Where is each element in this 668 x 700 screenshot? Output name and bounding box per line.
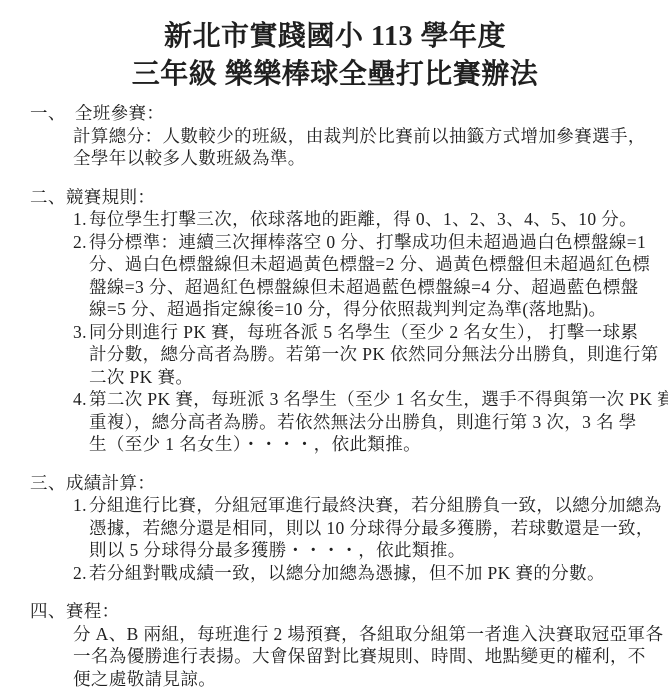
section-body: 1. 分組進行比賽，分組冠軍進行最終決賽，若分組勝負一致，以總分加總為 憑據，若… <box>73 494 640 584</box>
paragraph-line: 一名為優勝進行表揚。大會保留對比賽規則、時間、地點變更的權利，不 <box>73 645 640 668</box>
section-body: 1. 每位學生打擊三次，依球落地的距離，得 0、1、2、3、4、5、10 分。 … <box>73 208 640 456</box>
list-item-line: 得分標準：連續三次揮棒落空 0 分、打擊成功但未超過過白色標盤線=1 <box>89 231 640 254</box>
list-item-line: 生（至少 1 名女生）・・・・，依此類推。 <box>89 433 640 456</box>
list-item: 2. 得分標準：連續三次揮棒落空 0 分、打擊成功但未超過過白色標盤線=1 分、… <box>73 231 640 321</box>
section-heading: 四、 賽程： <box>30 600 640 623</box>
section-number: 二、 <box>30 186 66 209</box>
list-item: 2. 若分組對戰成績一致，以總分加總為憑據，但不加 PK 賽的分數。 <box>73 562 640 585</box>
list-item-number: 1. <box>73 208 87 231</box>
document-title-line-1: 新北市實踐國小 113 學年度 <box>30 18 640 56</box>
list-item-line: 計分數，總分高者為勝。若第一次 PK 依然同分無法分出勝負，則進行第 <box>89 343 640 366</box>
section-number: 一、 <box>30 102 66 125</box>
section-heading-text: 競賽規則： <box>66 186 156 209</box>
list-item-number: 2. <box>73 562 87 585</box>
list-item-lines: 第二次 PK 賽，每班派 3 名學生（至少 1 名女生，選手不得與第一次 PK … <box>89 388 640 456</box>
section-whole-class-participation: 一、 全班參賽： 計算總分：人數較少的班級，由裁判於比賽前以抽籤方式增加參賽選手… <box>30 102 640 170</box>
section-heading-text: 成績計算： <box>66 472 156 495</box>
list-item-line: 分組進行比賽，分組冠軍進行最終決賽，若分組勝負一致，以總分加總為 <box>89 494 640 517</box>
paragraph-line: 計算總分：人數較少的班級，由裁判於比賽前以抽籤方式增加參賽選手， <box>73 125 640 148</box>
list-item-number: 1. <box>73 494 87 517</box>
section-body: 分 A、B 兩組，每班進行 2 場預賽，各組取分組第一者進入決賽取冠亞軍各 一名… <box>73 623 640 691</box>
list-item-line: 憑據，若總分還是相同，則以 10 分球得分最多獲勝，若球數還是一致， <box>89 517 640 540</box>
list-item-lines: 得分標準：連續三次揮棒落空 0 分、打擊成功但未超過過白色標盤線=1 分、過白色… <box>89 231 640 321</box>
list-item-lines: 同分則進行 PK 賽，每班各派 5 名學生（至少 2 名女生）， 打擊一球累 計… <box>89 321 640 389</box>
list-item-number: 4. <box>73 388 87 411</box>
paragraph-line: 分 A、B 兩組，每班進行 2 場預賽，各組取分組第一者進入決賽取冠亞軍各 <box>73 623 640 646</box>
section-heading: 二、 競賽規則： <box>30 186 640 209</box>
list-item-lines: 每位學生打擊三次，依球落地的距離，得 0、1、2、3、4、5、10 分。 <box>89 208 637 231</box>
document-page: 新北市實踐國小 113 學年度 三年級 樂樂棒球全壘打比賽辦法 一、 全班參賽：… <box>0 0 668 700</box>
section-body: 計算總分：人數較少的班級，由裁判於比賽前以抽籤方式增加參賽選手， 全學年以較多人… <box>73 125 640 170</box>
section-heading: 三、 成績計算： <box>30 472 640 495</box>
section-score-calculation: 三、 成績計算： 1. 分組進行比賽，分組冠軍進行最終決賽，若分組勝負一致，以總… <box>30 472 640 585</box>
list-item: 1. 分組進行比賽，分組冠軍進行最終決賽，若分組勝負一致，以總分加總為 憑據，若… <box>73 494 640 562</box>
list-item-number: 3. <box>73 321 87 344</box>
document-title-line-2: 三年級 樂樂棒球全壘打比賽辦法 <box>30 56 640 94</box>
paragraph-line: 便之處敬請見諒。 <box>73 668 640 691</box>
list-item-line: 分、過白色標盤線但未超過黃色標盤=2 分、過黃色標盤但未超過紅色標 <box>89 253 640 276</box>
list-item: 1. 每位學生打擊三次，依球落地的距離，得 0、1、2、3、4、5、10 分。 <box>73 208 640 231</box>
section-heading-text: 賽程： <box>66 600 120 623</box>
list-item: 4. 第二次 PK 賽，每班派 3 名學生（至少 1 名女生，選手不得與第一次 … <box>73 388 640 456</box>
section-competition-rules: 二、 競賽規則： 1. 每位學生打擊三次，依球落地的距離，得 0、1、2、3、4… <box>30 186 640 456</box>
list-item: 3. 同分則進行 PK 賽，每班各派 5 名學生（至少 2 名女生）， 打擊一球… <box>73 321 640 389</box>
list-item-lines: 分組進行比賽，分組冠軍進行最終決賽，若分組勝負一致，以總分加總為 憑據，若總分還… <box>89 494 640 562</box>
list-item-line: 線=5 分、超過指定線後=10 分，得分依照裁判判定為準(落地點)。 <box>89 298 640 321</box>
list-item-line: 同分則進行 PK 賽，每班各派 5 名學生（至少 2 名女生）， 打擊一球累 <box>89 321 640 344</box>
list-item-line: 每位學生打擊三次，依球落地的距離，得 0、1、2、3、4、5、10 分。 <box>89 208 637 231</box>
list-item-lines: 若分組對戰成績一致，以總分加總為憑據，但不加 PK 賽的分數。 <box>89 562 605 585</box>
list-item-line: 若分組對戰成績一致，以總分加總為憑據，但不加 PK 賽的分數。 <box>89 562 605 585</box>
list-item-number: 2. <box>73 231 87 254</box>
section-heading-text: 全班參賽： <box>75 102 165 125</box>
paragraph-line: 全學年以較多人數班級為準。 <box>73 147 640 170</box>
list-item-line: 二次 PK 賽。 <box>89 366 640 389</box>
list-item-line: 第二次 PK 賽，每班派 3 名學生（至少 1 名女生，選手不得與第一次 PK … <box>89 388 640 411</box>
list-item-line: 盤線=3 分、超過紅色標盤線但未超過藍色標盤線=4 分、超過藍色標盤 <box>89 276 640 299</box>
section-number: 三、 <box>30 472 66 495</box>
section-number: 四、 <box>30 600 66 623</box>
document-title: 新北市實踐國小 113 學年度 三年級 樂樂棒球全壘打比賽辦法 <box>30 18 640 94</box>
section-heading: 一、 全班參賽： <box>30 102 640 125</box>
list-item-line: 重複），總分高者為勝。若依然無法分出勝負，則進行第 3 次，3 名 學 <box>89 411 640 434</box>
section-schedule: 四、 賽程： 分 A、B 兩組，每班進行 2 場預賽，各組取分組第一者進入決賽取… <box>30 600 640 690</box>
list-item-line: 則以 5 分球得分最多獲勝・・・・，依此類推。 <box>89 539 640 562</box>
